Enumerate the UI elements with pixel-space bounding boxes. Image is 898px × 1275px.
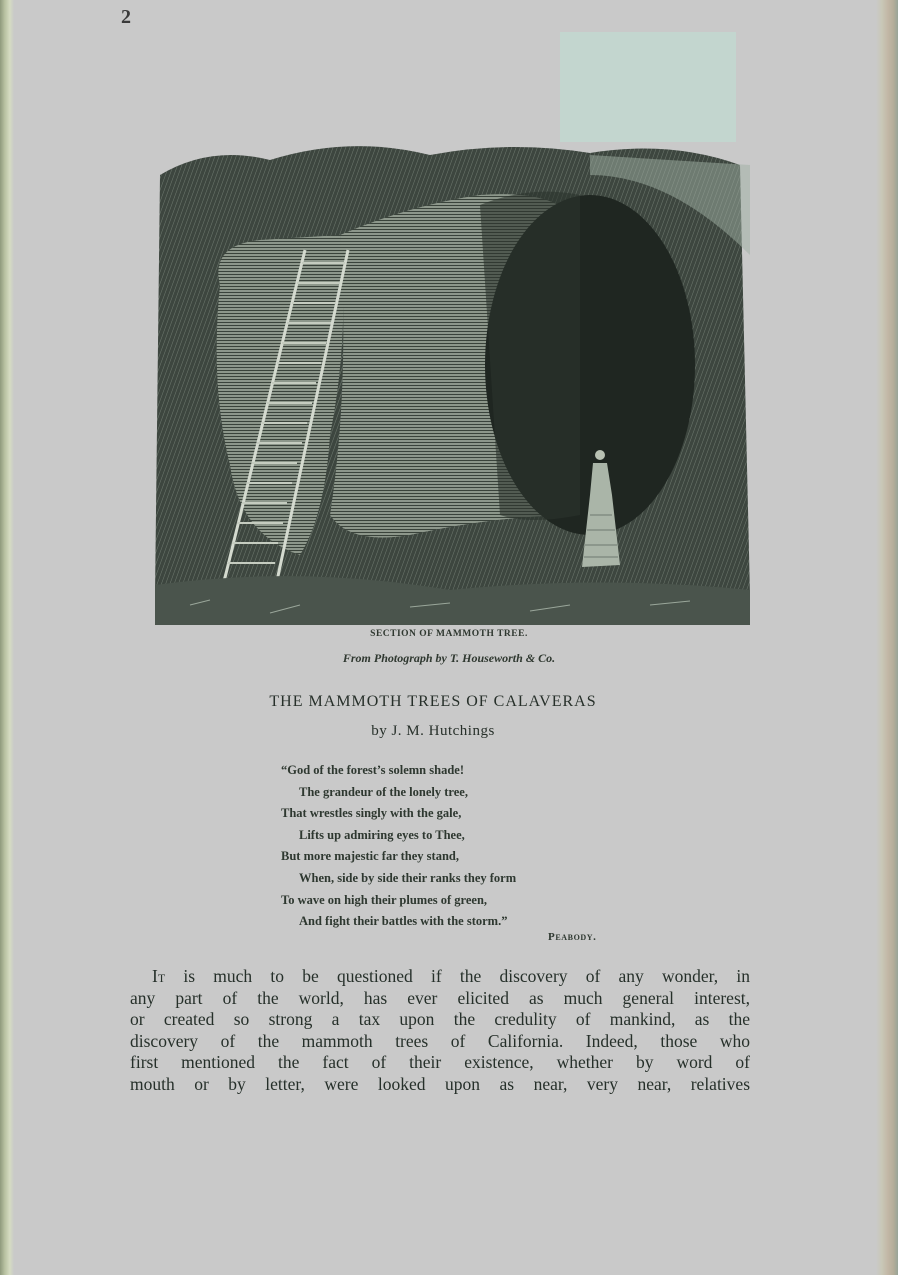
body-line: any part of the world, has ever elicited…: [130, 988, 750, 1010]
epigraph-attribution: Peabody.: [548, 931, 597, 943]
body-line: discovery of the mammoth trees of Califo…: [130, 1031, 750, 1053]
illustration-photo-credit: From Photograph by T. Houseworth & Co.: [0, 651, 898, 666]
body-paragraph: It is much to be questioned if the disco…: [130, 966, 750, 1096]
poem-line: But more majestic far they stand,: [281, 846, 621, 868]
sky-patch: [560, 32, 736, 142]
body-line: mouth or by letter, were looked upon as …: [130, 1074, 750, 1096]
engraving-image: [150, 135, 755, 625]
illustration-caption-title: SECTION OF MAMMOTH TREE.: [0, 629, 898, 639]
epigraph-poem: “God of the forest’s solemn shade! The g…: [281, 760, 621, 933]
body-line-text: is much to be questioned if the discover…: [165, 966, 750, 986]
poem-line: That wrestles singly with the gale,: [281, 803, 621, 825]
poem-line: To wave on high their plumes of green,: [281, 890, 621, 912]
poem-line: “God of the forest’s solemn shade!: [281, 760, 621, 782]
article-title: THE MAMMOTH TREES OF CALAVERAS: [0, 693, 866, 711]
poem-line: And fight their battles with the storm.”: [281, 911, 621, 933]
poem-line: Lifts up admiring eyes to Thee,: [281, 825, 621, 847]
mammoth-tree-illustration: [150, 135, 755, 625]
poem-line: When, side by side their ranks they form: [281, 868, 621, 890]
article-byline: by J. M. Hutchings: [0, 723, 866, 740]
body-line: It is much to be questioned if the disco…: [130, 966, 750, 988]
body-line: or created so strong a tax upon the cred…: [130, 1009, 750, 1031]
drop-word: It: [152, 966, 165, 986]
poem-line: The grandeur of the lonely tree,: [281, 782, 621, 804]
body-line: first mentioned the fact of their existe…: [130, 1052, 750, 1074]
page-number: 2: [121, 6, 131, 29]
